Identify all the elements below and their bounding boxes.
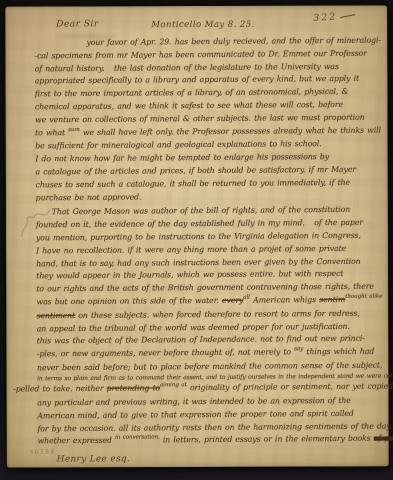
line-text: to our rights and the acts of the Britis… xyxy=(36,282,374,294)
scan-background: Dear Sir Monticello May 8. 25. 322 your … xyxy=(0,0,393,480)
salutation: Dear Sir xyxy=(56,19,98,29)
manuscript-line: whether expressed in conversation, in le… xyxy=(38,433,390,450)
interlined-text: aiming at xyxy=(160,382,187,388)
manuscript-page: Dear Sir Monticello May 8. 25. 322 your … xyxy=(5,5,389,467)
line-text: hand, that is to say, had any such instr… xyxy=(36,256,360,268)
line-text: be sufficient for mineralogical and geol… xyxy=(35,139,321,150)
line-text: we shall have left only. the Professor p… xyxy=(80,125,381,136)
line-text: to what xyxy=(35,128,68,137)
line-text: this was the object of the Declaration o… xyxy=(37,334,365,346)
manuscript-body: your favor of Apr. 29. has been duly rec… xyxy=(34,35,389,450)
line-text: for by the occasion. all its authority r… xyxy=(37,421,392,433)
line-text: we venture on collections of mineral & o… xyxy=(35,113,365,125)
line-text: your favor of Apr. 29. has been duly rec… xyxy=(86,36,380,47)
line-text: I have no recollection. if it were any t… xyxy=(36,244,346,255)
folio-number: 322 xyxy=(313,10,356,24)
interlined-text: sum xyxy=(68,127,80,133)
line-text: -ples, or new arguments, never before th… xyxy=(37,347,294,358)
struck-text: every xyxy=(222,296,243,305)
line-text: on these subjects. when forced therefore… xyxy=(75,309,360,320)
dateline: Monticello May 8. 25. xyxy=(151,20,255,30)
line-text: never been said before; but to place bef… xyxy=(37,361,382,373)
folio-number-text: 322 xyxy=(313,11,338,24)
line-text: was but one opinion on this side of the … xyxy=(36,296,222,306)
line-text: in letters, printed essays or in the ele… xyxy=(160,434,374,445)
interlined-text: say xyxy=(294,346,303,352)
line-text: whether expressed xyxy=(38,436,116,446)
line-text: of natural history. the last donation of… xyxy=(35,62,339,73)
interlined-text: all xyxy=(243,295,250,301)
line-text: American mind, and to give to that expre… xyxy=(37,409,353,420)
line-text: chemical apparatus, and we think it safe… xyxy=(35,100,343,111)
addressee-note: Henry Lee esq. xyxy=(57,454,130,464)
interlined-text: thought alike xyxy=(345,294,382,300)
manuscript-line: purchase be not approved. xyxy=(36,189,388,205)
line-text: things which had xyxy=(303,347,374,357)
line-text: -cal specimens from mr Mayer has been co… xyxy=(35,49,367,61)
archive-stamp: 40398 xyxy=(30,449,56,455)
struck-text: sentiment xyxy=(37,311,76,320)
pen-flourish xyxy=(340,14,355,18)
line-text: they would appear in the Journals, which… xyxy=(36,269,343,280)
line-text: a catalogue of the articles and prices, … xyxy=(35,165,356,177)
scribbled-out-text: of publ xyxy=(374,434,393,443)
line-text: founded on it, the evidence of the day e… xyxy=(36,218,363,230)
line-text: appropriated specifically to a library a… xyxy=(35,74,359,86)
line-text: purchase be not approved. xyxy=(36,192,142,202)
line-text: originality of principle or sentiment, n… xyxy=(187,382,393,393)
line-text: first to the more important articles of … xyxy=(35,87,349,98)
struck-text: sentim xyxy=(319,295,345,304)
struck-text: pretending to xyxy=(107,384,160,393)
paper-stain xyxy=(17,17,43,39)
line-text: you mention, purporting to be instructio… xyxy=(36,231,361,243)
line-text: -pelled to take. neither xyxy=(13,384,107,394)
line-text: any particular and previous writing, it … xyxy=(37,396,351,407)
line-text: I do not know how far he might be tempte… xyxy=(35,152,329,163)
line-text: chuses to send such a catalogue, it shal… xyxy=(36,178,351,189)
line-text: American whigs xyxy=(250,295,319,305)
line-text: an appeal to the tribunal of the world w… xyxy=(37,321,350,332)
interlined-text: in conversation, xyxy=(115,435,160,441)
line-text: That George Mason was author of the bill… xyxy=(52,205,350,216)
